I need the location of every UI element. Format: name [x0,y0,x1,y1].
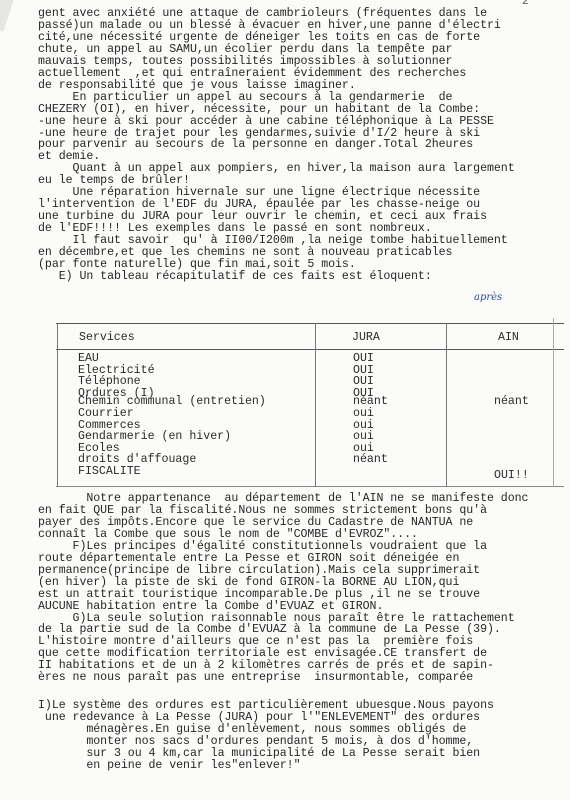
table-cell-jura: oui [353,408,374,419]
table-top-border [56,323,564,324]
text-line: mauvais temps, toutes possibilités impos… [38,56,452,68]
text-line: permanence(principe de libre circulation… [38,565,480,577]
text-line: ères ne nous paraît pas une entreprise i… [38,672,473,684]
table-cell-service: FISCALITE [78,466,141,477]
text-line: route départementale entre La Pesse et G… [38,553,459,565]
page-corner-fold [0,0,16,32]
table-header-ain: AIN [498,331,519,344]
table-cell-jura: néant [353,454,388,465]
text-line: de responsabilité que je vous laisse ima… [38,80,356,92]
text-line: actuellement ,et qui entraîneraient évid… [38,68,466,80]
table-header-services: Services [79,331,135,344]
table-cell-service: Courrier [78,408,134,419]
text-line: AUCUNE habitation entre la Combe d'EVUAZ… [38,601,383,613]
table-cell-ain: OUI!! [494,470,529,481]
table-col-line [315,323,316,487]
table-col-line [553,318,554,487]
table-header-jura: JURA [352,331,380,344]
text-line: est un attrait touristique incomparable.… [38,589,480,601]
text-line: en peine de venir les"enlever!" [38,760,300,772]
handwritten-note: après [474,292,502,303]
text-line: CHEZERY (OI), en hiver, nécessite, pour … [38,104,480,116]
table-cell-jura: oui [353,431,374,442]
text-line: En particulier un appel au secours à la … [38,92,452,104]
text-line: pour parvenir au secours de la personne … [38,139,473,151]
text-line: (en hiver) la piste de ski de fond GIRON… [38,577,459,589]
table-cell-jura: OUI [353,353,374,364]
table-cell-service: EAU [78,353,99,364]
table-bottom-border [56,486,564,487]
table-col-line [446,323,447,487]
table-header-border [56,349,564,350]
text-line: E) Un tableau récapitulatif de ces faits… [38,271,432,283]
text-line: -une heure à ski pour accéder à une cabi… [38,116,494,128]
table-cell-service: Gendarmerie (en hiver) [78,431,231,442]
text-line: F)Les principes d'égalité constitutionne… [38,541,487,553]
page-number: 2 [522,0,529,8]
table-col-line [57,323,58,487]
table-cell-jura: OUI [353,376,374,387]
text-line: sur 3 ou 4 km,car la municipalité de La … [38,748,480,760]
table-cell-ain: néant [494,396,529,407]
table-cell-service: Téléphone [78,376,141,387]
